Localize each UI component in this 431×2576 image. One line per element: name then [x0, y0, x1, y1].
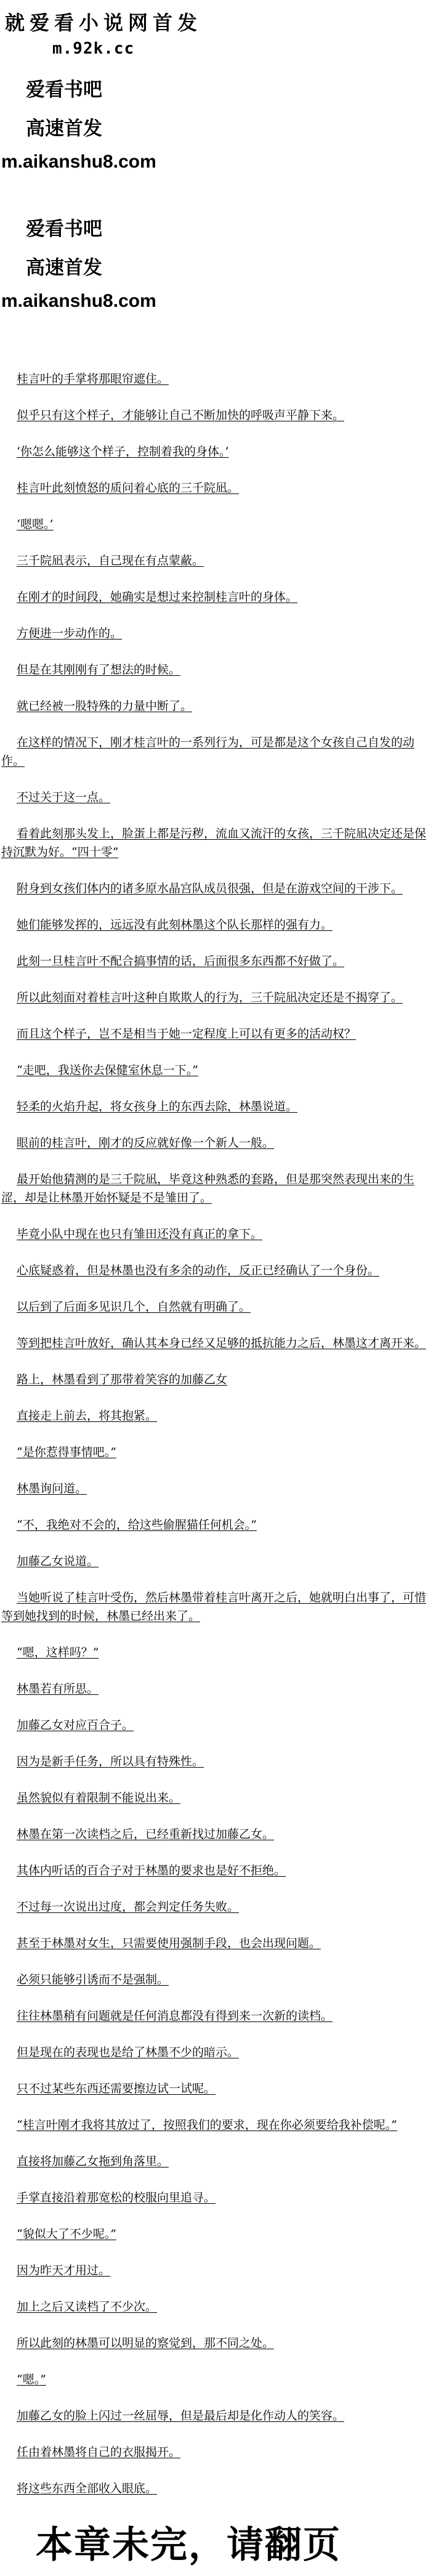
paragraph: “桂言叶刚才我将其放过了，按照我们的要求，现在你必须要给我补偿呢。” — [1, 2116, 427, 2134]
paragraph: 眼前的桂言叶，刚才的反应就好像一个新人一般。 — [1, 1134, 427, 1152]
paragraph: 直接将加藤乙女拖到角落里。 — [1, 2152, 427, 2171]
paragraph: 在这样的情况下，刚才桂言叶的一系列行为，可是都是这个女孩自己自发的动作。 — [1, 733, 427, 770]
paragraph: 但是在其刚刚有了想法的时候。 — [1, 660, 427, 679]
paragraph: 轻柔的火焰升起，将女孩身上的东西去除，林墨说道。 — [1, 1097, 427, 1116]
paragraph: 附身到女孩们体内的诸多原水晶宫队成员很强，但是在游戏空间的干涉下。 — [1, 879, 427, 898]
paragraph: 以后到了后面多见识几个，自然就有明确了。 — [1, 1298, 427, 1316]
paragraph: 毕竟小队中现在也只有雏田还没有真正的拿下。 — [1, 1225, 427, 1243]
paragraph: 不过每一次说出过度，都会判定任务失败。 — [1, 1898, 427, 1916]
paragraph: “貌似大了不少呢。” — [1, 2225, 427, 2243]
paragraph: 桂言叶此刻愤怒的质问着心底的三千院凪。 — [1, 479, 427, 497]
paragraph: 此刻一旦桂言叶不配合搞事情的话，后面很多东西都不好做了。 — [1, 952, 427, 970]
promo-slogan: 高速首发 — [26, 113, 431, 140]
promo-site-url: m.aikanshu8.com — [1, 152, 431, 173]
paragraph: “走吧，我送你去保健室休息一下。” — [1, 1061, 427, 1079]
paragraph: 直接走上前去，将其抱紧。 — [1, 1407, 427, 1425]
paragraph: 加藤乙女对应百合子。 — [1, 1716, 427, 1734]
paragraph: ‘你怎么能够这个样子，控制着我的身体。’ — [1, 442, 427, 461]
paragraph: 最开始他猜测的是三千院凪，毕竟这种熟悉的套路，但是那突然表现出来的生涩，却是让林… — [1, 1170, 427, 1207]
paragraph: 在刚才的时间段，她确实是想过来控制桂言叶的身体。 — [1, 588, 427, 606]
paragraph: 似乎只有这个样子，才能够让自己不断加快的呼吸声平静下来。 — [1, 406, 427, 425]
paragraph: 必须只能够引诱而不是强制。 — [1, 1970, 427, 1989]
page-turn-notice: 本章未完，请翻页 — [36, 2516, 431, 2569]
paragraph: 将这些东西全部收入眼底。 — [1, 2479, 427, 2498]
paragraph: 甚至于林墨对女生，只需要使用强制手段，也会出现问题。 — [1, 1934, 427, 1952]
paragraph: ‘嗯嗯。’ — [1, 515, 427, 534]
paragraph: 而且这个样子，岂不是相当于她一定程度上可以有更多的活动权？ — [1, 1025, 427, 1043]
paragraph: 手掌直接沿着那宽松的校服向里追寻。 — [1, 2188, 427, 2207]
paragraph: 路上，林墨看到了那带着笑容的加藤乙女 — [1, 1370, 427, 1389]
paragraph: “嗯。” — [1, 2370, 427, 2389]
promo-block-top: 爱看书吧 高速首发 m.aikanshu8.com — [0, 74, 431, 173]
paragraph: 因为是新手任务，所以具有特殊性。 — [1, 1752, 427, 1771]
paragraph: 林墨在第一次读档之后，已经重新找过加藤乙女。 — [1, 1825, 427, 1843]
paragraph: 往往林墨稍有问题就是任何消息都没有得到来一次新的读档。 — [1, 2007, 427, 2025]
paragraph: 桂言叶的手掌将那眼帘遮住。 — [1, 370, 427, 388]
paragraph: 林墨询问道。 — [1, 1479, 427, 1498]
paragraph: 其体内听话的百合子对于林墨的要求也是好不拒绝。 — [1, 1861, 427, 1880]
watermark-header: 就爱看小说网首发 m.92k.cc — [0, 7, 431, 58]
paragraph: 因为昨天才用过。 — [1, 2261, 427, 2280]
paragraph: 所以此刻面对着桂言叶这种自欺欺人的行为，三千院凪决定还是不揭穿了。 — [1, 988, 427, 1007]
paragraph: 只不过某些东西还需要擦边试一试呢。 — [1, 2079, 427, 2098]
paragraph: 加上之后又读档了不少次。 — [1, 2298, 427, 2316]
paragraph: 看着此刻那头发上，脸蛋上都是污秽，流血又流汗的女孩，三千院凪决定还是保持沉默为好… — [1, 824, 427, 861]
paragraph: 加藤乙女说道。 — [1, 1552, 427, 1570]
paragraph: “不，我绝对不会的，给这些偷腥猫任何机会。” — [1, 1516, 427, 1534]
chapter-body: 桂言叶的手掌将那眼帘遮住。似乎只有这个样子，才能够让自己不断加快的呼吸声平静下来… — [0, 312, 431, 2498]
paragraph: 就已经被一股特殊的力量中断了。 — [1, 697, 427, 715]
paragraph: 等到把桂言叶放好，确认其本身已经又足够的抵抗能力之后，林墨这才离开来。 — [1, 1334, 427, 1352]
promo-site-url: m.aikanshu8.com — [1, 291, 431, 312]
paragraph: 任由着林墨将自己的衣服揭开。 — [1, 2443, 427, 2461]
watermark-site-name: 就爱看小说网首发 — [5, 7, 431, 36]
paragraph: 当她听说了桂言叶受伤，然后林墨带着桂言叶离开之后，她就明白出事了，可惜等到她找到… — [1, 1588, 427, 1625]
promo-site-name: 爱看书吧 — [26, 74, 431, 102]
paragraph: 林墨若有所思。 — [1, 1680, 427, 1698]
paragraph: 虽然貌似有着限制不能说出来。 — [1, 1789, 427, 1807]
paragraph: “嗯，这样吗？” — [1, 1643, 427, 1662]
paragraph: “是你惹得事情吧。” — [1, 1443, 427, 1461]
paragraph: 不过关于这一点。 — [1, 788, 427, 807]
paragraph: 三千院凪表示，自己现在有点蒙蔽。 — [1, 551, 427, 570]
promo-site-name: 爱看书吧 — [26, 213, 431, 241]
promo-block-repeat: 爱看书吧 高速首发 m.aikanshu8.com — [0, 213, 431, 312]
paragraph: 加藤乙女的脸上闪过一丝屈辱，但是最后却是化作动人的笑容。 — [1, 2407, 427, 2425]
promo-slogan: 高速首发 — [26, 252, 431, 280]
paragraph: 但是现在的表现也是给了林墨不少的暗示。 — [1, 2043, 427, 2062]
watermark-site-url: m.92k.cc — [52, 39, 431, 58]
paragraph: 心底疑惑着，但是林墨也没有多余的动作，反正已经确认了一个身份。 — [1, 1261, 427, 1280]
paragraph: 所以此刻的林墨可以明显的察觉到，那不同之处。 — [1, 2334, 427, 2352]
paragraph: 方便进一步动作的。 — [1, 624, 427, 643]
paragraph: 她们能够发挥的，远远没有此刻林墨这个队长那样的强有力。 — [1, 916, 427, 934]
